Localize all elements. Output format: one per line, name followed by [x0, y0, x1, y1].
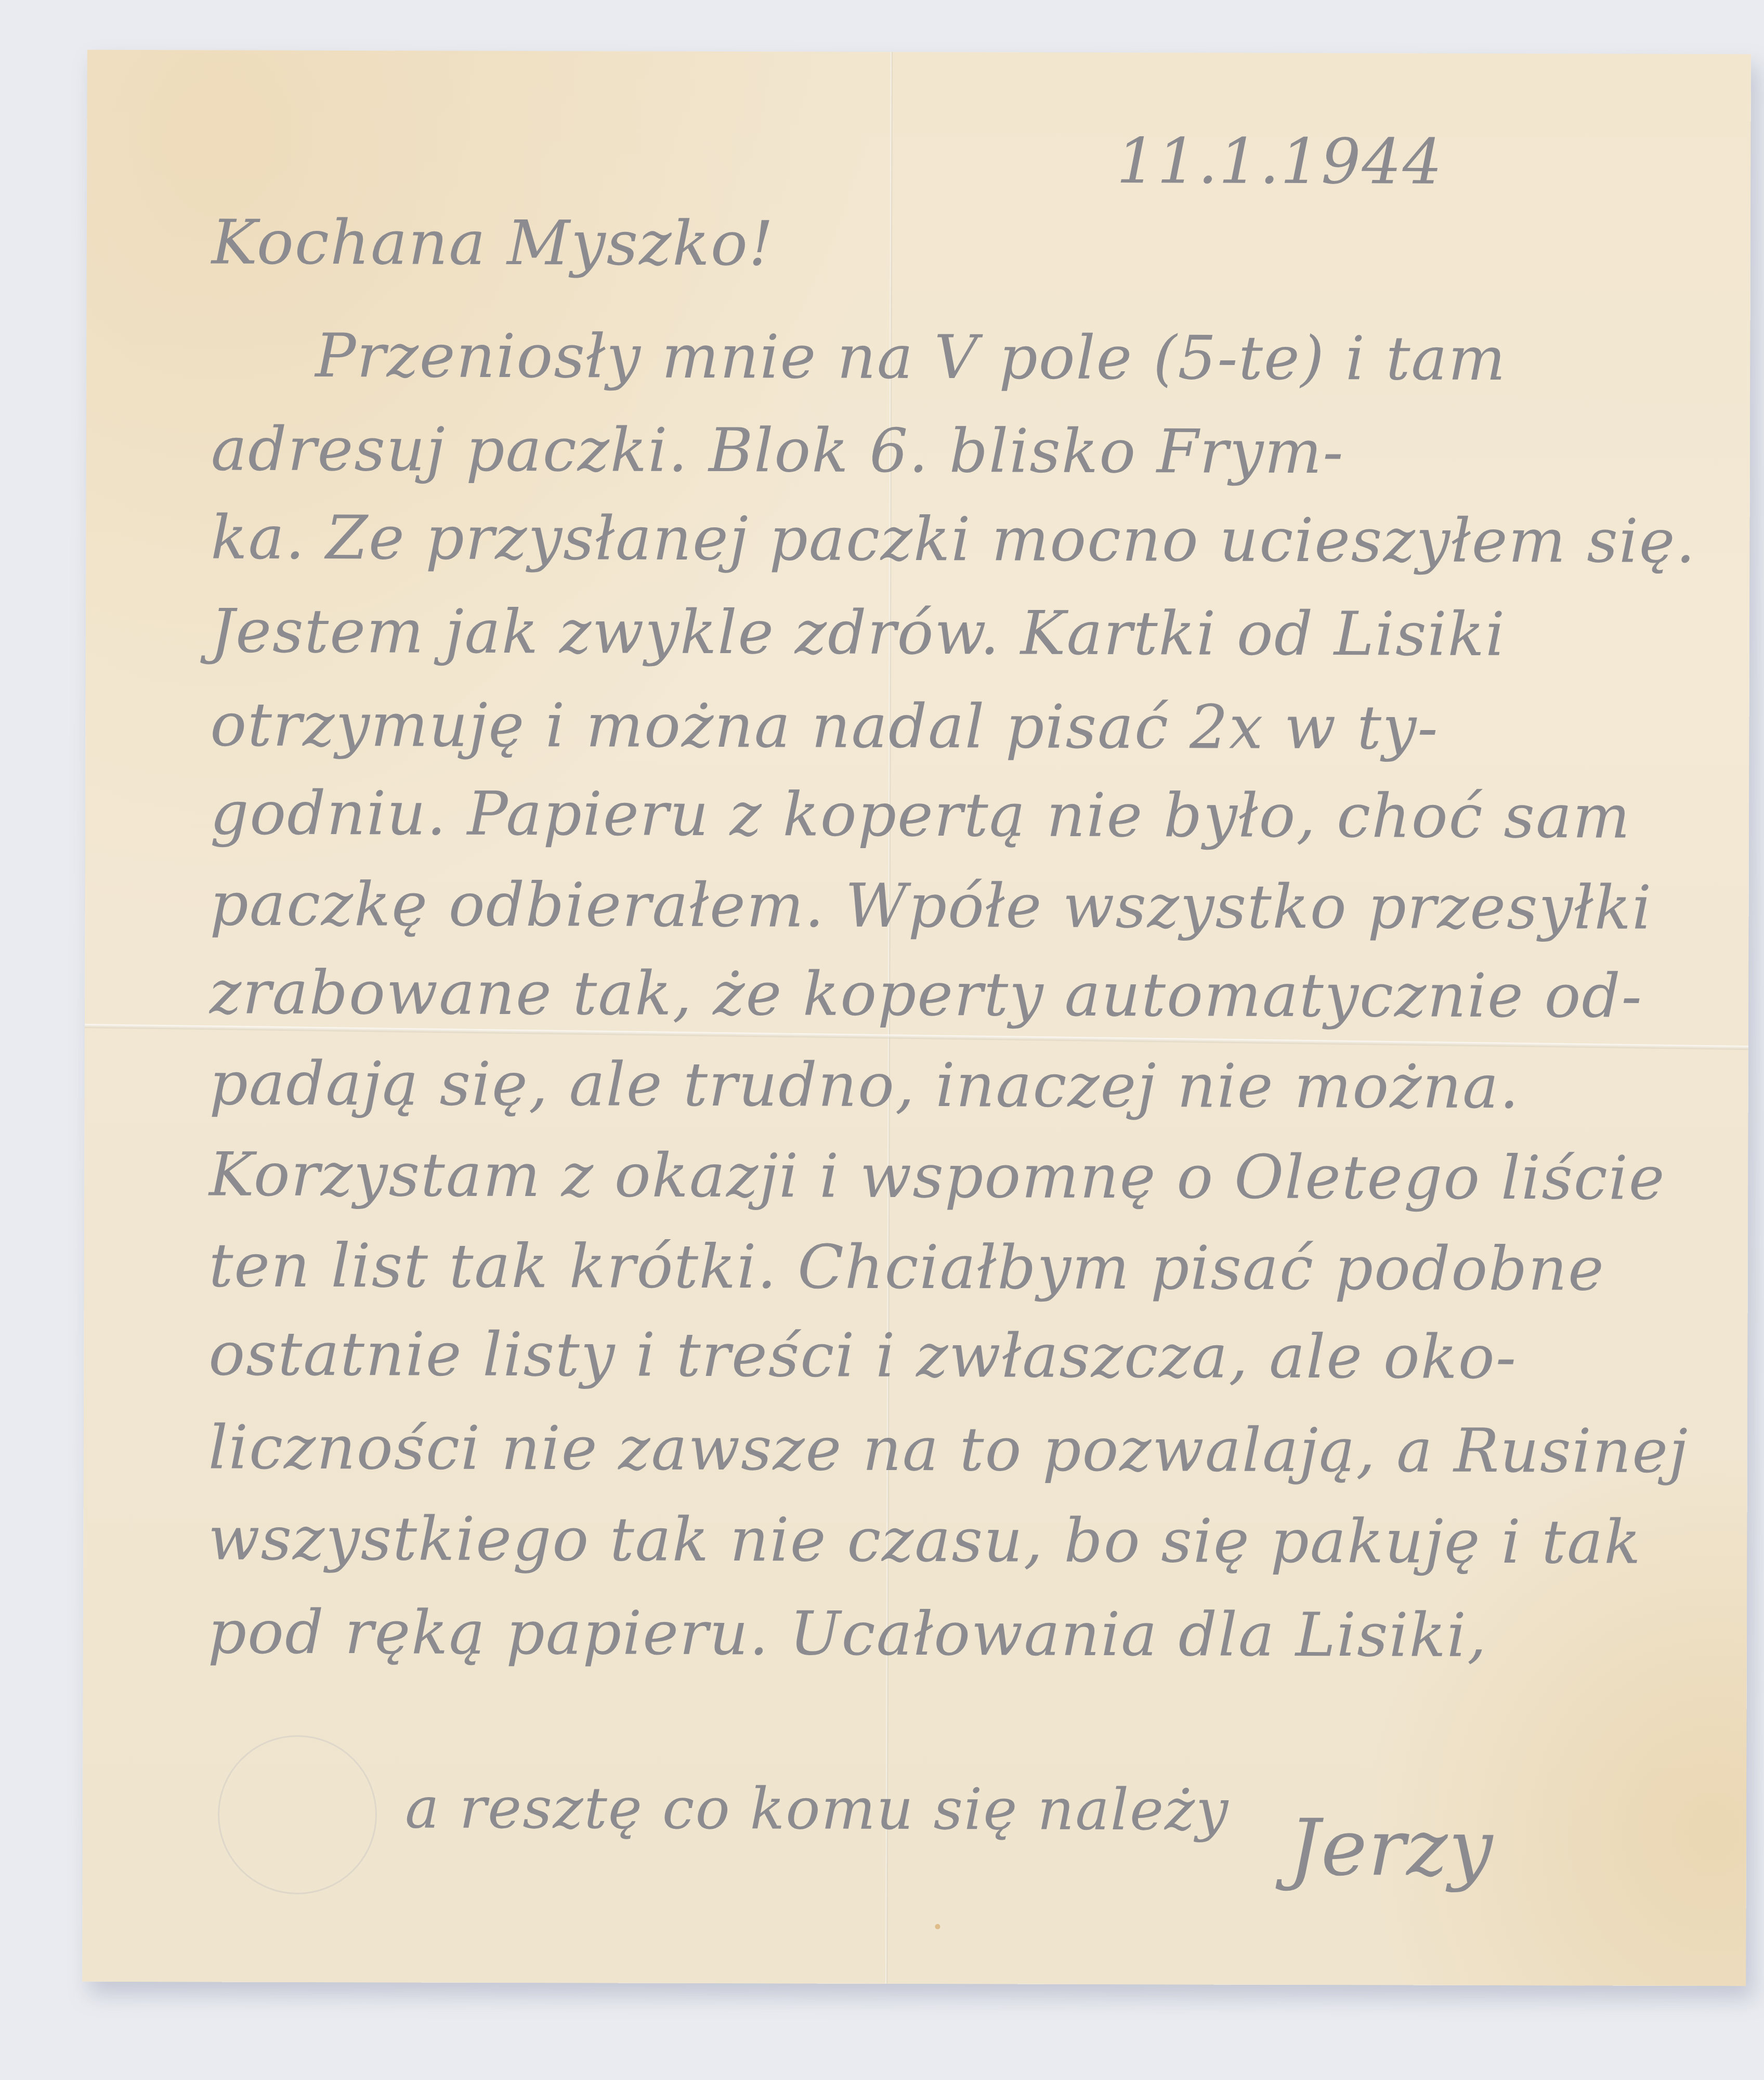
body-line: Przeniosły mnie na V pole (5-te) i tam: [315, 321, 1507, 394]
body-line: wszystkiego tak nie czasu, bo się pakuję…: [208, 1503, 1642, 1577]
salutation: Kochana Myszko!: [212, 206, 775, 279]
letter-date: 11.1.1944: [1116, 125, 1443, 199]
body-line: Korzystam z okazji i wspomnę o Oletego l…: [209, 1139, 1666, 1213]
foxing-spot: [935, 1924, 940, 1929]
signature: Jerzy: [1289, 1803, 1494, 1894]
body-line: otrzymuję i można nadal pisać 2x w ty-: [210, 690, 1439, 763]
body-line: liczności nie zawsze na to pozwalają, a …: [208, 1412, 1689, 1486]
closing-line: a resztę co komu się należy: [405, 1774, 1230, 1843]
body-line: godniu. Papieru z kopertą nie było, choć…: [210, 778, 1631, 852]
body-line: ten list tak krótki. Chciałbym pisać pod…: [209, 1230, 1605, 1304]
body-line: adresuj paczki. Blok 6. blisko Frym-: [211, 414, 1344, 487]
body-line: paczkę odbierałem. Wpółe wszystko przesy…: [210, 869, 1652, 943]
faint-stamp-impression: [218, 1735, 377, 1894]
body-line: padają się, ale trudno, inaczej nie możn…: [209, 1048, 1520, 1122]
body-line: ka. Ze przysłanej paczki mocno ucieszyłe…: [211, 502, 1696, 576]
body-line: zrabowane tak, że koperty automatycznie …: [210, 957, 1643, 1031]
body-line: ostatnie listy i treści i zwłaszcza, ale…: [208, 1319, 1517, 1393]
body-line: Jestem jak zwykle zdrów. Kartki od Lisik…: [211, 596, 1506, 670]
body-line: pod ręką papieru. Ucałowania dla Lisiki,: [208, 1597, 1487, 1670]
letter-sheet: 11.1.1944 Kochana Myszko! Przeniosły mni…: [82, 50, 1751, 1986]
